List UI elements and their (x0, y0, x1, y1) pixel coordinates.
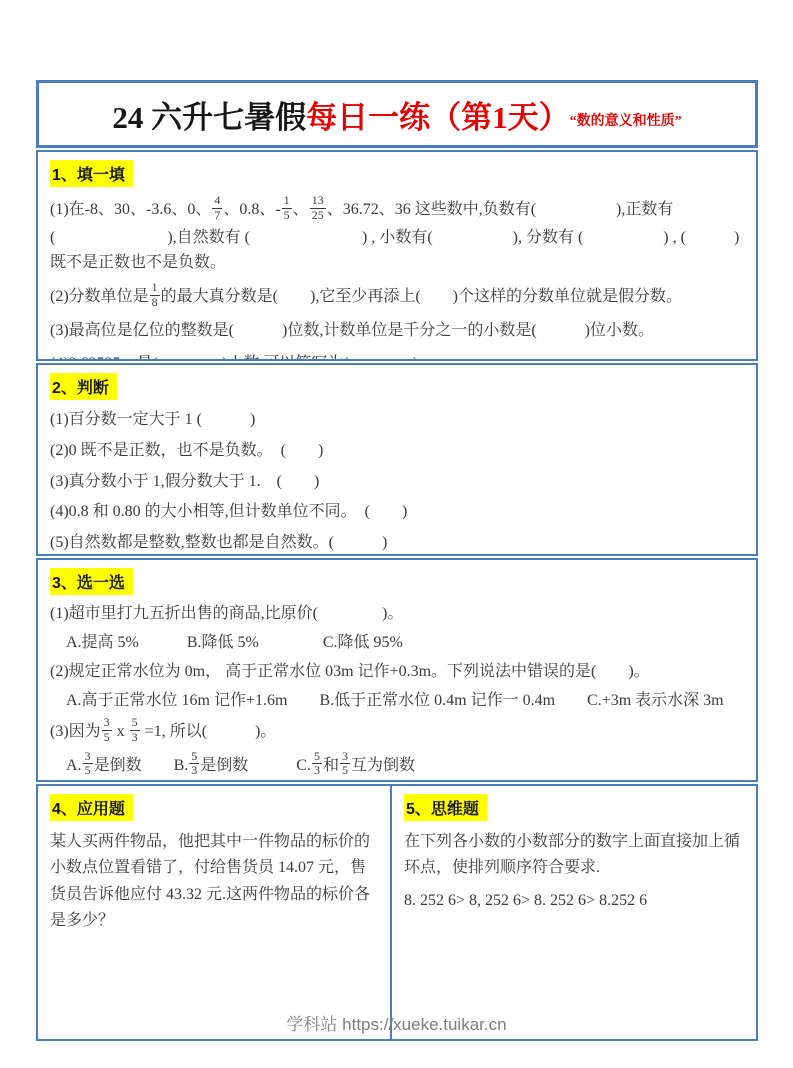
fraction: 35 (340, 750, 350, 779)
section-questions: 在下列各小数的小数部分的数字上面直接加上循环点，使排列顺序符合要求.8. 252… (404, 829, 744, 914)
question-text: (1)百分数一定大于 1 ( ) (50, 408, 744, 433)
fraction: 53 (312, 750, 322, 779)
section-questions: 某人买两件物品，他把其中一件物品的标价的小数点位置看错了，付给售货员 14.07… (50, 829, 378, 935)
section-choose: 3、选一选 (1)超市里打九五折出售的商品,比原价( )。A.提高 5% B.降… (36, 558, 758, 782)
section-application: 4、应用题 某人买两件物品，他把其中一件物品的标价的小数点位置看错了，付给售货员… (36, 784, 392, 1041)
question-text: (3)因为35 x 53 =1, 所以( )。 (50, 718, 744, 747)
question-text: (4)3.62525…是( )小数,可以简写为( )。 (50, 351, 744, 361)
question-text: 8. 252 6> 8, 252 6> 8. 252 6> 8.252 6 (404, 888, 744, 914)
site-watermark: 学科站 https://xueke.tuikar.cn (0, 1010, 793, 1035)
option-row: A.提高 5% B.降低 5% C.降低 95% (50, 631, 744, 655)
worksheet-page: 24 六升七暑假每日一练（第1天） “数的意义和性质” 1、填一填 (1)在-8… (0, 0, 793, 1068)
option-row: A.高于正常水位 16m 记作+1.6m B.低于正常水位 0.4m 记作一 0… (50, 689, 744, 713)
question-text: 在下列各小数的小数部分的数字上面直接加上循环点，使排列顺序符合要求. (404, 829, 744, 882)
question-text: (2)分数单位是18的最大真分数是( ),它至少再添上( )个这样的分数单位就是… (50, 283, 744, 312)
question-text: (2)0 既不是正数，也不是负数。 ( ) (50, 439, 744, 464)
fraction: 35 (83, 750, 93, 779)
section-thinking: 5、思维题 在下列各小数的小数部分的数字上面直接加上循环点，使排列顺序符合要求.… (390, 784, 758, 1041)
section-heading: 5、思维题 (404, 794, 487, 821)
section-heading: 2、判断 (50, 373, 117, 400)
fraction: 35 (102, 716, 112, 745)
question-text: (5)自然数都是整数,整数也都是自然数。( ) (50, 531, 744, 556)
question-text: (3)真分数小于 1,假分数大于 1. ( ) (50, 470, 744, 495)
section-heading: 4、应用题 (50, 794, 133, 821)
section-judge: 2、判断 (1)百分数一定大于 1 ( )(2)0 既不是正数，也不是负数。 (… (36, 363, 758, 556)
question-text: (3)最高位是亿位的整数是( )位数,计数单位是千分之一的小数是( )位小数。 (50, 318, 744, 344)
option-row: A.35是倒数 B.53是倒数 C.53和35互为倒数 (50, 752, 744, 781)
title-black-part: 24 六升七暑假 (112, 100, 306, 135)
question-text: (1)在-8、30、-3.6、0、47、0.8、-15、1325、36.72、3… (50, 196, 744, 276)
section-fill-in: 1、填一填 (1)在-8、30、-3.6、0、47、0.8、-15、1325、3… (36, 150, 758, 361)
fraction: 47 (212, 194, 222, 223)
title-red-part: 每日一练（第1天） (306, 100, 570, 135)
question-text: 某人买两件物品，他把其中一件物品的标价的小数点位置看错了，付给售货员 14.07… (50, 829, 378, 935)
section-questions: (1)在-8、30、-3.6、0、47、0.8、-15、1325、36.72、3… (50, 196, 744, 361)
question-text: (4)0.8 和 0.80 的大小相等,但计数单位不同。 ( ) (50, 500, 744, 525)
worksheet-subtitle: “数的意义和性质” (570, 110, 682, 130)
worksheet-title: 24 六升七暑假每日一练（第1天） (112, 92, 569, 137)
fraction: 18 (150, 281, 160, 310)
section-heading: 1、填一填 (50, 160, 133, 187)
section-questions: (1)超市里打九五折出售的商品,比原价( )。A.提高 5% B.降低 5% C… (50, 602, 744, 780)
fraction: 53 (189, 750, 199, 779)
question-text: (2)规定正常水位为 0m， 高于正常水位 03m 记作+0.3m。下列说法中错… (50, 660, 744, 684)
fraction: 15 (282, 194, 292, 223)
section-questions: (1)百分数一定大于 1 ( )(2)0 既不是正数，也不是负数。 ( )(3)… (50, 408, 744, 556)
fraction: 1325 (310, 194, 326, 223)
question-text: (1)超市里打九五折出售的商品,比原价( )。 (50, 602, 744, 626)
section-heading: 3、选一选 (50, 568, 133, 595)
worksheet-title-box: 24 六升七暑假每日一练（第1天） “数的意义和性质” (36, 80, 758, 148)
fraction: 53 (130, 716, 140, 745)
